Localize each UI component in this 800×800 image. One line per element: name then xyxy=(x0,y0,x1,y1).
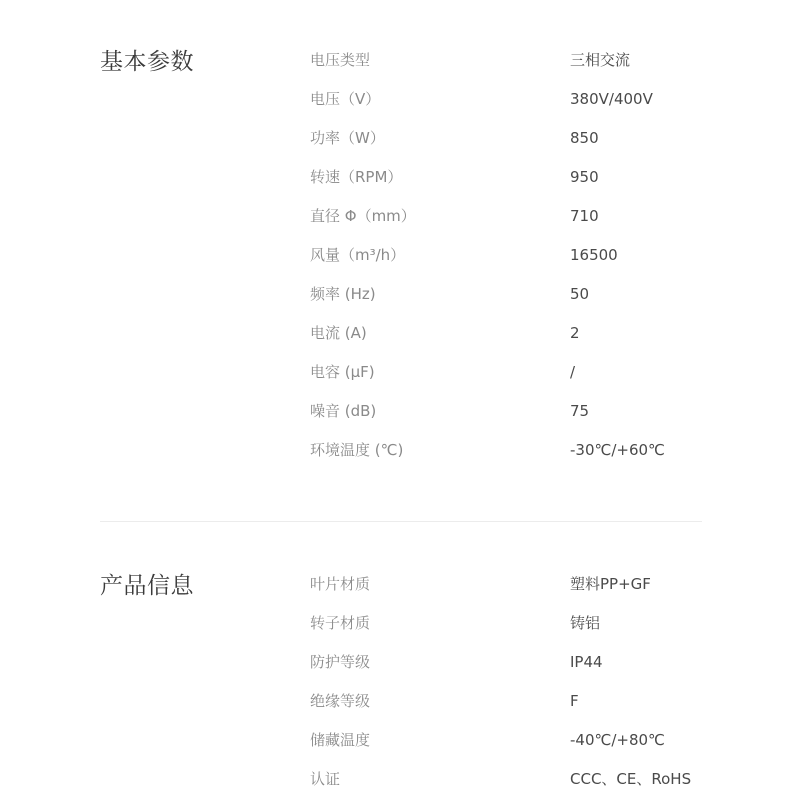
spec-row-diameter: 直径 Φ（mm） 710 xyxy=(310,205,702,244)
spec-label: 转速（RPM） xyxy=(310,166,402,188)
spec-value: 950 xyxy=(570,166,599,188)
spec-value: 710 xyxy=(570,205,599,227)
spec-value: -40℃/+80℃ xyxy=(570,729,665,751)
spec-label: 风量（m³/h） xyxy=(310,244,405,266)
spec-row-certification: 认证 CCC、CE、RoHS xyxy=(310,768,702,800)
spec-row-airflow: 风量（m³/h） 16500 xyxy=(310,244,702,283)
spec-label: 电流 (A) xyxy=(310,322,367,344)
spec-value: 50 xyxy=(570,283,589,305)
spec-value: 16500 xyxy=(570,244,618,266)
spec-label: 叶片材质 xyxy=(310,573,370,595)
spec-row-noise: 噪音 (dB) 75 xyxy=(310,400,702,439)
spec-label: 转子材质 xyxy=(310,612,370,634)
spec-list-product: 叶片材质 塑料PP+GF 转子材质 铸铝 防护等级 IP44 绝缘等级 F 储藏… xyxy=(310,573,702,800)
spec-label: 电容 (μF) xyxy=(310,361,375,383)
spec-value: / xyxy=(570,361,575,383)
spec-value: F xyxy=(570,690,579,712)
spec-label: 噪音 (dB) xyxy=(310,400,376,422)
spec-label: 认证 xyxy=(310,768,340,790)
spec-label: 电压类型 xyxy=(310,49,370,71)
spec-row-protection-rating: 防护等级 IP44 xyxy=(310,651,702,690)
spec-row-capacitance: 电容 (μF) / xyxy=(310,361,702,400)
spec-value: CCC、CE、RoHS xyxy=(570,768,691,790)
spec-row-insulation-class: 绝缘等级 F xyxy=(310,690,702,729)
spec-label: 防护等级 xyxy=(310,651,370,673)
section-title-basic-parameters: 基本参数 xyxy=(100,46,194,78)
spec-row-frequency: 频率 (Hz) 50 xyxy=(310,283,702,322)
spec-row-blade-material: 叶片材质 塑料PP+GF xyxy=(310,573,702,612)
spec-row-speed: 转速（RPM） 950 xyxy=(310,166,702,205)
section-title-product-info: 产品信息 xyxy=(100,570,194,602)
spec-value: 塑料PP+GF xyxy=(570,573,651,595)
section-divider xyxy=(100,521,702,522)
spec-value: -30℃/+60℃ xyxy=(570,439,665,461)
spec-row-storage-temperature: 储藏温度 -40℃/+80℃ xyxy=(310,729,702,768)
spec-list-basic: 电压类型 三相交流 电压（V） 380V/400V 功率（W） 850 转速（R… xyxy=(310,49,702,478)
spec-value: 75 xyxy=(570,400,589,422)
spec-label: 储藏温度 xyxy=(310,729,370,751)
spec-row-rotor-material: 转子材质 铸铝 xyxy=(310,612,702,651)
spec-row-voltage-type: 电压类型 三相交流 xyxy=(310,49,702,88)
spec-label: 直径 Φ（mm） xyxy=(310,205,416,227)
spec-value: 三相交流 xyxy=(570,49,630,71)
spec-row-ambient-temperature: 环境温度 (℃) -30℃/+60℃ xyxy=(310,439,702,478)
spec-value: 380V/400V xyxy=(570,88,653,110)
spec-label: 电压（V） xyxy=(310,88,380,110)
spec-label: 频率 (Hz) xyxy=(310,283,376,305)
spec-value: 850 xyxy=(570,127,599,149)
spec-row-current: 电流 (A) 2 xyxy=(310,322,702,361)
spec-value: 铸铝 xyxy=(570,612,600,634)
spec-value: 2 xyxy=(570,322,580,344)
spec-value: IP44 xyxy=(570,651,603,673)
spec-label: 绝缘等级 xyxy=(310,690,370,712)
spec-row-power: 功率（W） 850 xyxy=(310,127,702,166)
spec-label: 功率（W） xyxy=(310,127,385,149)
spec-row-voltage: 电压（V） 380V/400V xyxy=(310,88,702,127)
spec-label: 环境温度 (℃) xyxy=(310,439,403,461)
